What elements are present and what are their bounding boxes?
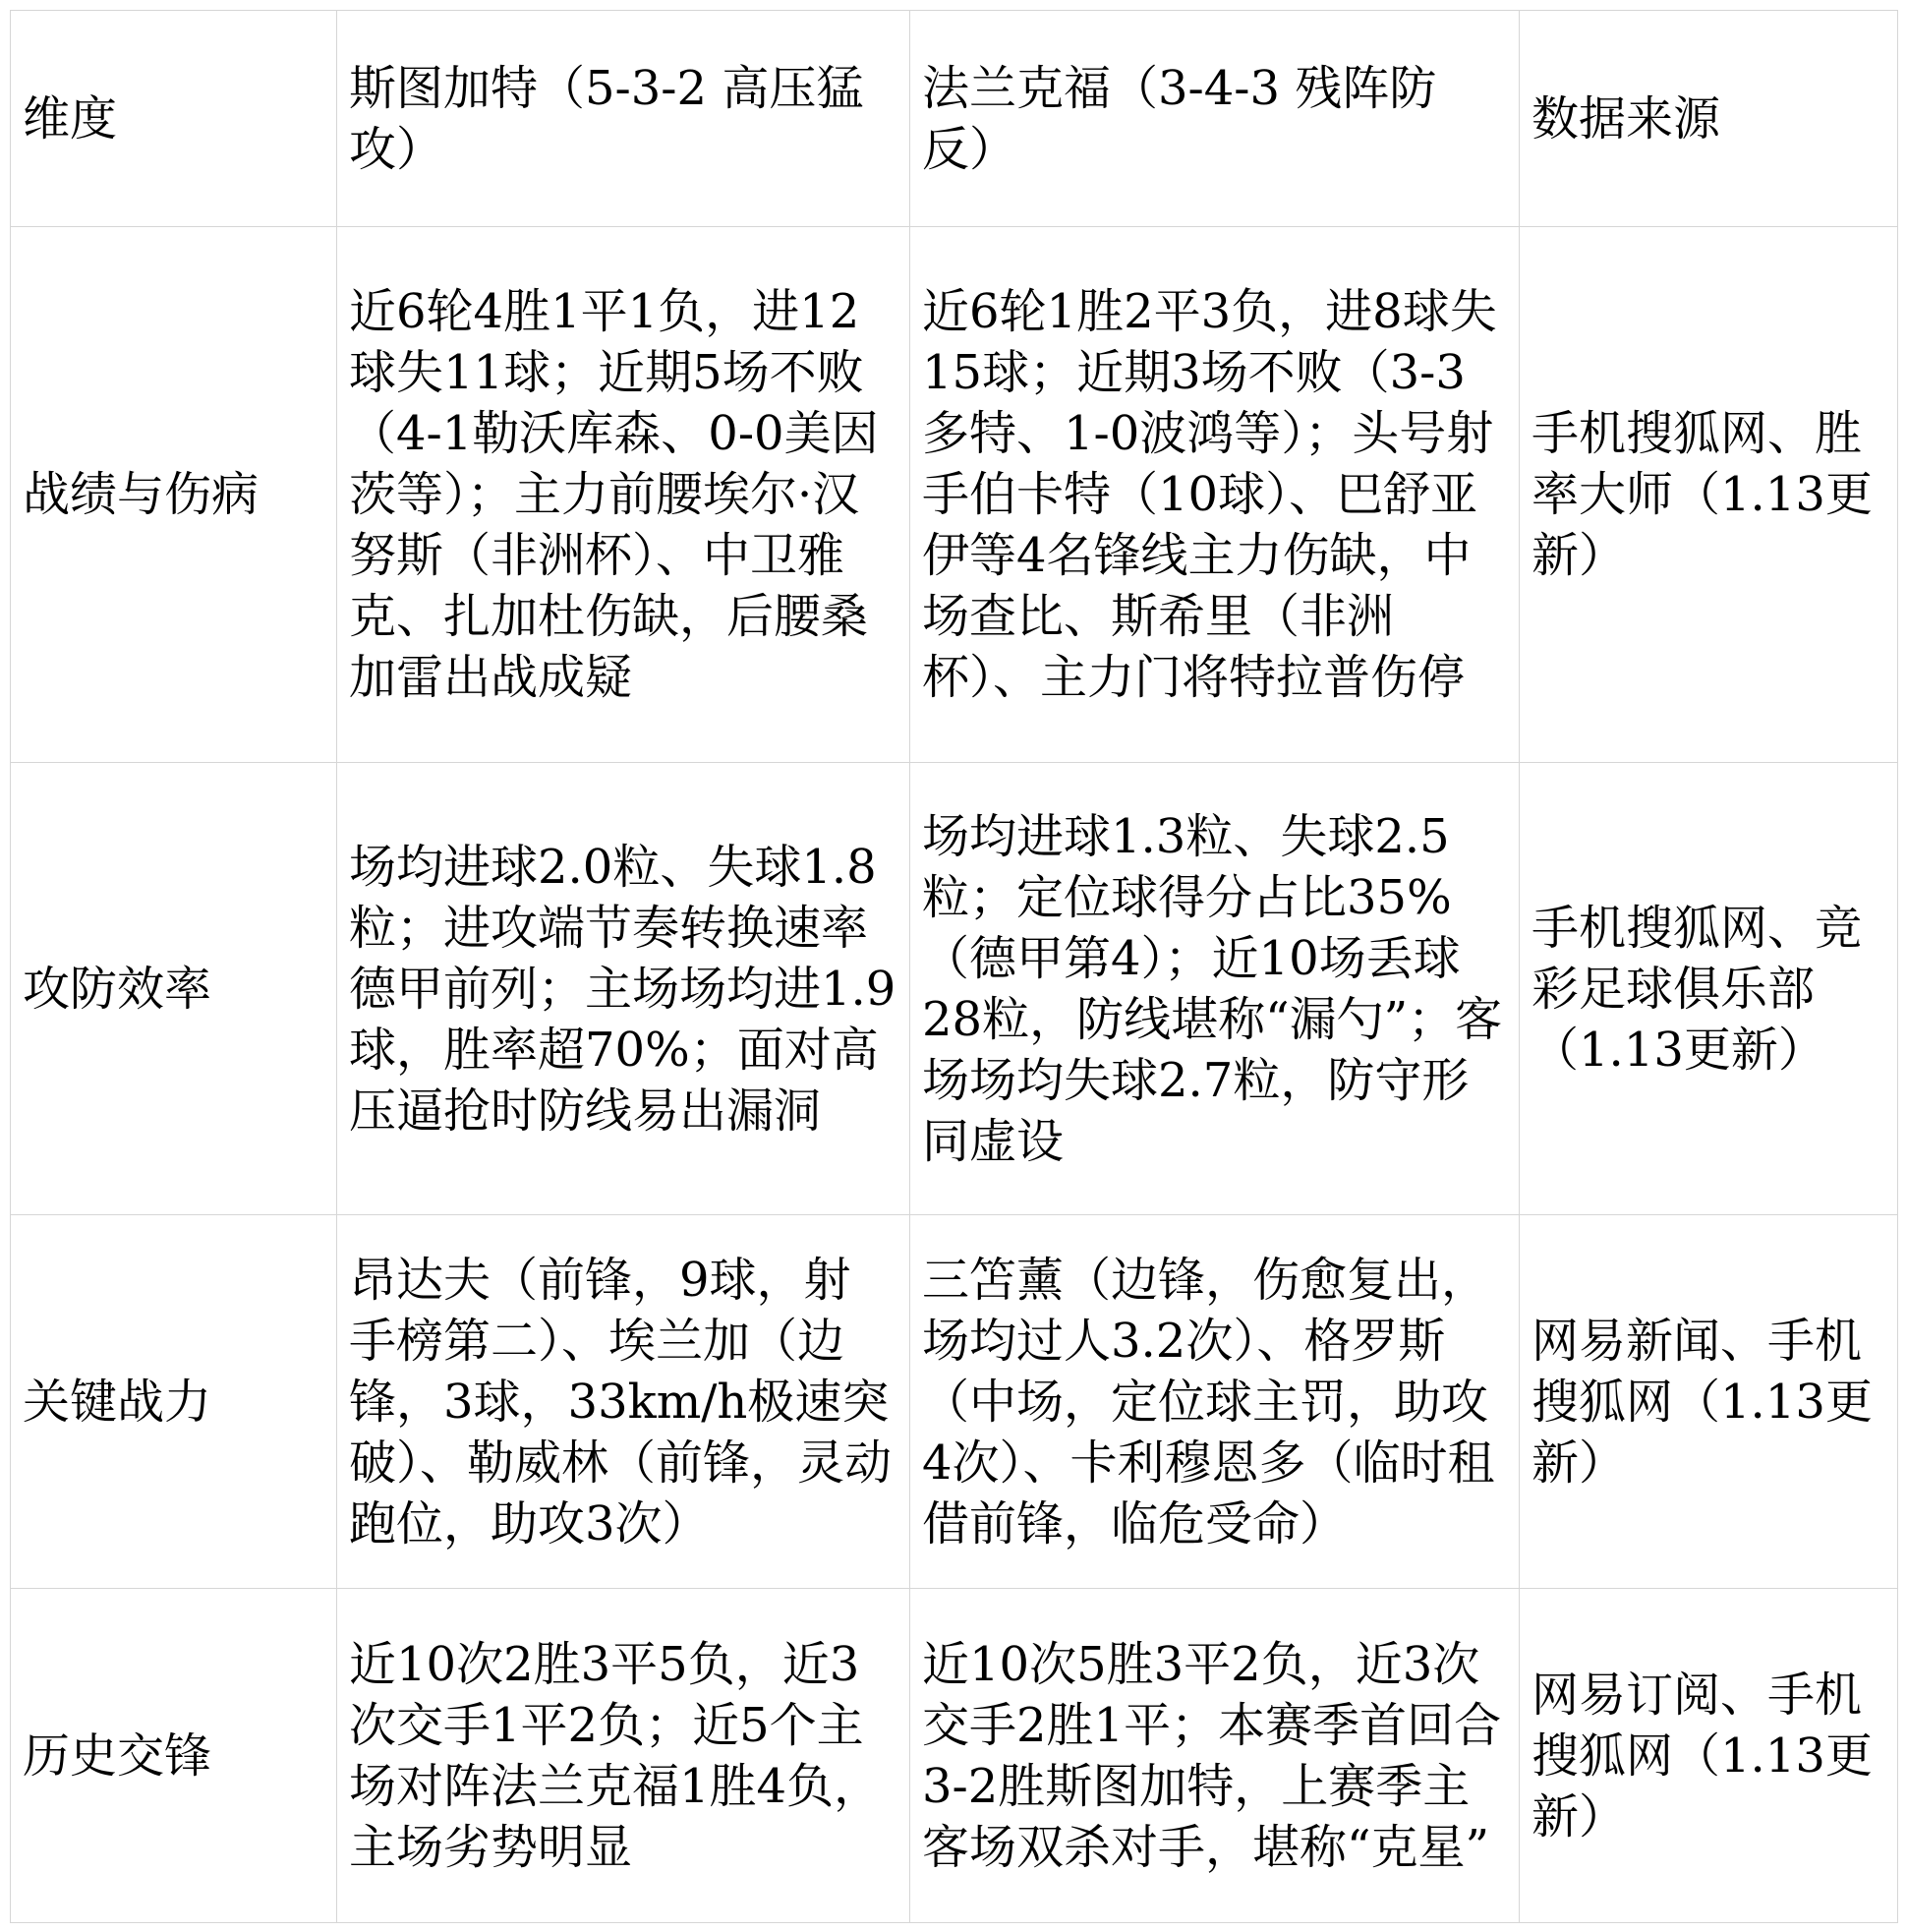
- table-row-record-injuries: 战绩与伤病 近6轮4胜1平1负，进12球失11球；近期5场不败（4-1勒沃库森、…: [11, 227, 1898, 763]
- column-header-dimension: 维度: [11, 11, 337, 227]
- dimension-label: 攻防效率: [11, 763, 337, 1215]
- table-row-key-players: 关键战力 昂达夫（前锋，9球，射手榜第二）、埃兰加（边锋，3球，33km/h极速…: [11, 1215, 1898, 1589]
- frankfurt-cell: 近6轮1胜2平3负，进8球失15球；近期3场不败（3-3多特、1-0波鸿等）；头…: [910, 227, 1520, 763]
- table-row-head-to-head: 历史交锋 近10次2胜3平5负，近3次交手1平2负；近5个主场对阵法兰克福1胜4…: [11, 1589, 1898, 1923]
- source-cell: 网易新闻、手机搜狐网（1.13更新）: [1520, 1215, 1898, 1589]
- dimension-label: 历史交锋: [11, 1589, 337, 1923]
- stuttgart-cell: 场均进球2.0粒、失球1.8粒；进攻端节奏转换速率德甲前列；主场场均进1.9球，…: [337, 763, 910, 1215]
- stuttgart-cell: 近6轮4胜1平1负，进12球失11球；近期5场不败（4-1勒沃库森、0-0美因茨…: [337, 227, 910, 763]
- frankfurt-cell: 三笘薰（边锋，伤愈复出，场均过人3.2次）、格罗斯（中场，定位球主罚，助攻4次）…: [910, 1215, 1520, 1589]
- header-row: 维度 斯图加特（5-3-2 高压猛攻） 法兰克福（3-4-3 残阵防反） 数据来…: [11, 11, 1898, 227]
- stuttgart-cell: 近10次2胜3平5负，近3次交手1平2负；近5个主场对阵法兰克福1胜4负，主场劣…: [337, 1589, 910, 1923]
- dimension-label: 战绩与伤病: [11, 227, 337, 763]
- column-header-stuttgart: 斯图加特（5-3-2 高压猛攻）: [337, 11, 910, 227]
- stuttgart-cell: 昂达夫（前锋，9球，射手榜第二）、埃兰加（边锋，3球，33km/h极速突破）、勒…: [337, 1215, 910, 1589]
- column-header-source: 数据来源: [1520, 11, 1898, 227]
- frankfurt-cell: 近10次5胜3平2负，近3次交手2胜1平；本赛季首回合3-2胜斯图加特，上赛季主…: [910, 1589, 1520, 1923]
- source-cell: 手机搜狐网、竞彩足球俱乐部（1.13更新）: [1520, 763, 1898, 1215]
- source-cell: 网易订阅、手机搜狐网（1.13更新）: [1520, 1589, 1898, 1923]
- frankfurt-cell: 场均进球1.3粒、失球2.5粒；定位球得分占比35%（德甲第4）；近10场丢球2…: [910, 763, 1520, 1215]
- source-cell: 手机搜狐网、胜率大师（1.13更新）: [1520, 227, 1898, 763]
- document-page: 维度 斯图加特（5-3-2 高压猛攻） 法兰克福（3-4-3 残阵防反） 数据来…: [0, 0, 1907, 1932]
- dimension-label: 关键战力: [11, 1215, 337, 1589]
- table-row-attack-defense: 攻防效率 场均进球2.0粒、失球1.8粒；进攻端节奏转换速率德甲前列；主场场均进…: [11, 763, 1898, 1215]
- team-comparison-table: 维度 斯图加特（5-3-2 高压猛攻） 法兰克福（3-4-3 残阵防反） 数据来…: [10, 10, 1898, 1923]
- column-header-frankfurt: 法兰克福（3-4-3 残阵防反）: [910, 11, 1520, 227]
